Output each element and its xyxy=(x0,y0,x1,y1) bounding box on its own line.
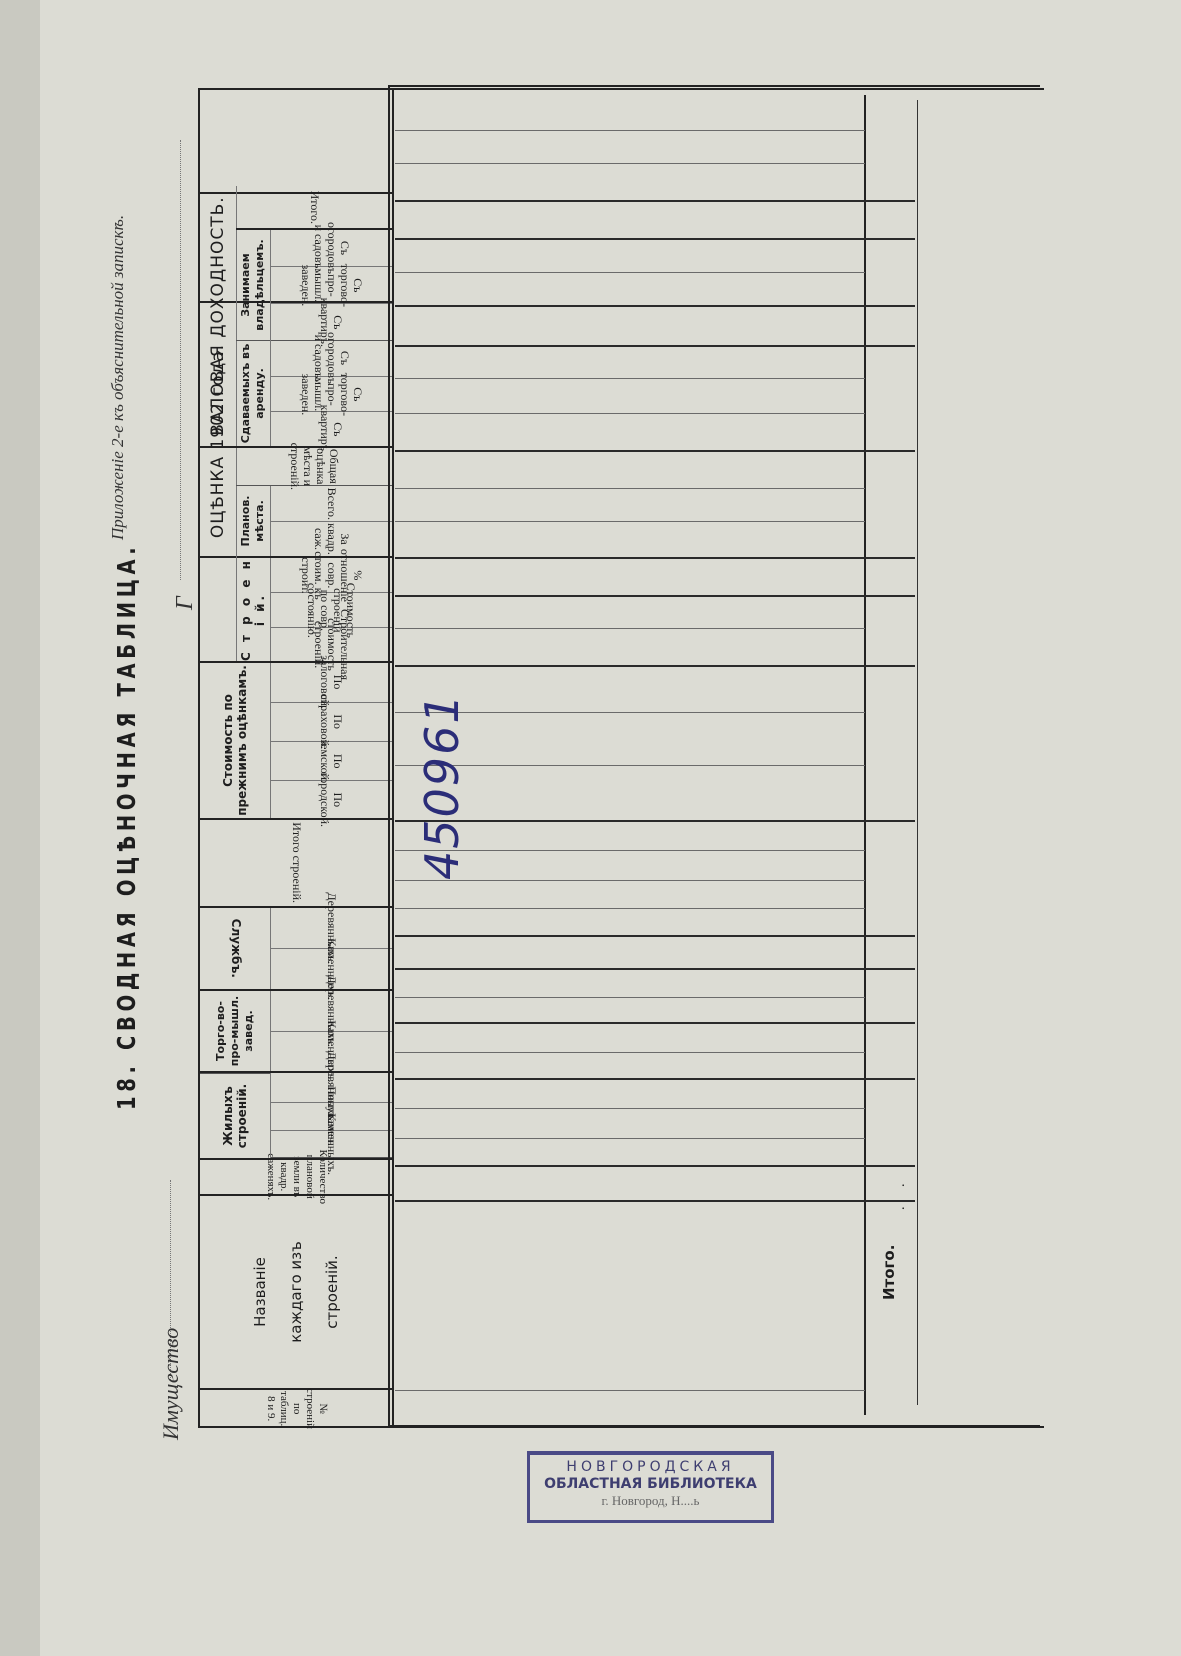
g-fill-line xyxy=(180,140,181,580)
group-prev-value: Стоимость по прежнимъ оцѣнкамъ. xyxy=(200,663,270,818)
col-building-number: № строеній по таблиц. 8 и 9. xyxy=(200,1390,392,1428)
stamp-line-2: ОБЛАСТНАЯ БИБЛИОТЕКА xyxy=(530,1476,771,1492)
library-stamp: НОВГОРОДСКАЯ ОБЛАСТНАЯ БИБЛИОТЕКА г. Нов… xyxy=(527,1451,774,1523)
table-header: № строеній по таблиц. 8 и 9. Названіе ка… xyxy=(198,88,394,1428)
sub-gross-total: Итого. xyxy=(236,186,392,228)
total-label: Итого. xyxy=(880,1245,898,1300)
sub-apartments-owner: Съ квартиръ. xyxy=(270,303,392,340)
appendix-note: Приложеніе 2-е къ объяснительной запискѣ… xyxy=(108,215,128,540)
stamp-line-1: НОВГОРОДСКАЯ xyxy=(530,1459,771,1475)
sub-wooden-service: Деревянныхъ. xyxy=(270,908,392,948)
col-total-buildings: Итого строеній. xyxy=(200,820,392,906)
group-plan-places: Планов. мѣста. xyxy=(236,486,270,556)
sub-city: По городской. xyxy=(270,780,392,818)
group-leased: Сдаваемыхъ въ аренду. xyxy=(236,341,270,446)
col-building-name: Названіе каждаго изъ строеній. xyxy=(200,1196,392,1388)
col-land-area: Количество плановой земли въ квадр. саже… xyxy=(200,1160,392,1194)
group-service: Службъ. xyxy=(200,908,270,989)
group-residential: Жилыхъ строеній. xyxy=(200,1073,270,1158)
group-buildings: С т р о е н і й. xyxy=(236,558,270,661)
group-gross-income: ВАЛОВАЯ ДОХОДНОСТЬ. xyxy=(200,186,236,446)
g-label: Г xyxy=(172,596,199,610)
page-edge xyxy=(0,0,40,1656)
stamp-line-3: г. Новгород, Н....ь xyxy=(530,1493,771,1509)
sub-total-all: Всего. xyxy=(270,486,392,521)
total-dots: . . xyxy=(893,1176,909,1211)
sub-gardens-owner: Съ огородовъ и садовъ. xyxy=(270,230,392,266)
page-title: 18. СВОДНАЯ ОЦѢНОЧНАЯ ТАБЛИЦА. xyxy=(112,543,141,1110)
sub-percent-ratio: % отношеніе совр. стоим. къ строит. xyxy=(270,558,392,592)
handwritten-inventory-number: 450961 xyxy=(415,692,469,880)
property-label: Имущество xyxy=(158,1328,184,1440)
group-trade: Торго-во-про-мышл. завед. xyxy=(200,991,270,1071)
sub-apartments-leased: Съ квартиръ. xyxy=(270,411,392,446)
sub-per-sq-sazhen: За квадр. саж. xyxy=(270,521,392,556)
sub-total-estimate: Общая оцѣнка мѣста и строеній. xyxy=(236,448,392,484)
group-owner-occupied: Занимаем владѣльцемъ. xyxy=(236,230,270,340)
